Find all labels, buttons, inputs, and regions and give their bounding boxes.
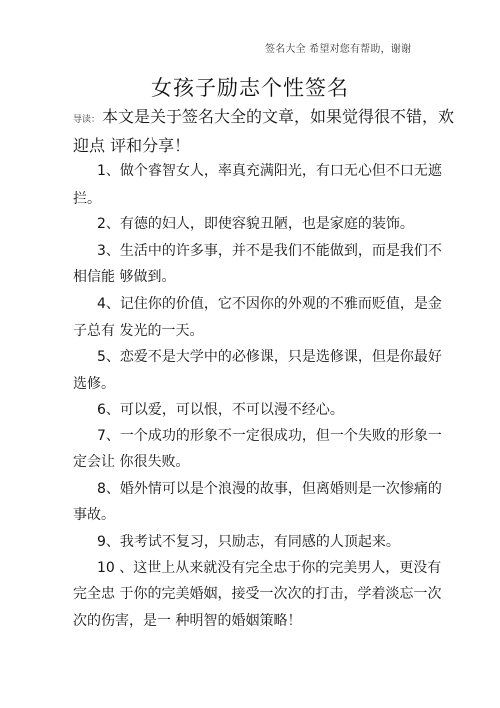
list-item-3: 3、生活中的许多事，并不是我们不能做到，而是我们不 [97,240,442,260]
item-text: 记住你的价值，它不因你的外观的不雅而贬值，是金 [120,296,442,312]
item-number: 8、 [97,481,120,497]
list-item-5: 5、恋爱不是大学中的必修课，只是选修课，但是你最好 [97,346,442,366]
item-number: 6、 [97,402,120,418]
list-item-5-cont: 选修。 [73,373,115,393]
list-item-1: 1、做个睿智女人，率真充满阳光，有口无心但不口无遮 [97,160,442,180]
item-number: 7、 [97,428,120,444]
item-number: 4、 [97,296,120,312]
item-number: 9、 [97,534,120,550]
intro-label: 导读： [73,115,100,125]
list-item-3-cont: 相信能 够做到。 [73,266,175,286]
intro-line-1: 导读：本文是关于签名大全的文章，如果觉得很不错，欢 [73,104,454,127]
item-text: 有德的妇人，即使容貌丑陋，也是家庭的装饰。 [120,216,414,232]
list-item-7-cont: 定会让 你很失败。 [73,451,189,471]
intro-line-2: 迎点 评和分享！ [73,133,190,156]
list-item-10-cont: 完全忠 于你的完美婚姻，接受一次次的打击，学着淡忘一次 [73,583,441,603]
item-text: 可以爱，可以恨，不可以漫不经心。 [120,402,344,418]
list-item-10-cont-2: 次的伤害，是一 种明智的婚姻策略！ [73,610,301,630]
list-item-4: 4、记住你的价值，它不因你的外观的不雅而贬值，是金 [97,293,442,313]
list-item-8-cont: 事故。 [73,504,115,524]
list-item-10: 10 、这世上从来就没有完全忠于你的完美男人，更没有 [97,557,441,577]
list-item-4-cont: 子总有 发光的一天。 [73,320,203,340]
intro-text: 本文是关于签名大全的文章，如果觉得很不错，欢 [102,107,454,126]
list-item-2: 2、有德的妇人，即使容貌丑陋，也是家庭的装饰。 [97,213,414,233]
list-item-9: 9、我考试不复习，只励志，有同感的人顶起来。 [97,531,400,551]
item-text: 婚外情可以是个浪漫的故事，但离婚则是一次惨痛的 [120,481,442,497]
item-number: 2、 [97,216,120,232]
list-item-7: 7、一个成功的形象不一定很成功，但一个失败的形象一 [97,425,442,445]
list-item-8: 8、婚外情可以是个浪漫的故事，但离婚则是一次惨痛的 [97,478,442,498]
item-number: 3、 [97,243,120,259]
page-title: 女孩子励志个性签名 [0,72,500,102]
list-item-6: 6、可以爱，可以恨，不可以漫不经心。 [97,399,344,419]
item-number: 5、 [97,349,120,365]
item-text: 恋爱不是大学中的必修课，只是选修课，但是你最好 [120,349,442,365]
header-note: 签名大全 希望对您有帮助，谢谢 [265,40,411,55]
document-page: 签名大全 希望对您有帮助，谢谢 女孩子励志个性签名 导读：本文是关于签名大全的文… [0,0,500,708]
list-item-1-cont: 拦。 [73,188,101,208]
item-text: 做个睿智女人，率真充满阳光，有口无心但不口无遮 [120,163,442,179]
item-text: 我考试不复习，只励志，有同感的人顶起来。 [120,534,400,550]
item-text: 这世上从来就没有完全忠于你的完美男人，更没有 [133,560,441,576]
item-number: 1、 [97,163,120,179]
item-text: 生活中的许多事，并不是我们不能做到，而是我们不 [120,243,442,259]
item-text: 一个成功的形象不一定很成功，但一个失败的形象一 [120,428,442,444]
item-number: 10 、 [97,560,133,576]
